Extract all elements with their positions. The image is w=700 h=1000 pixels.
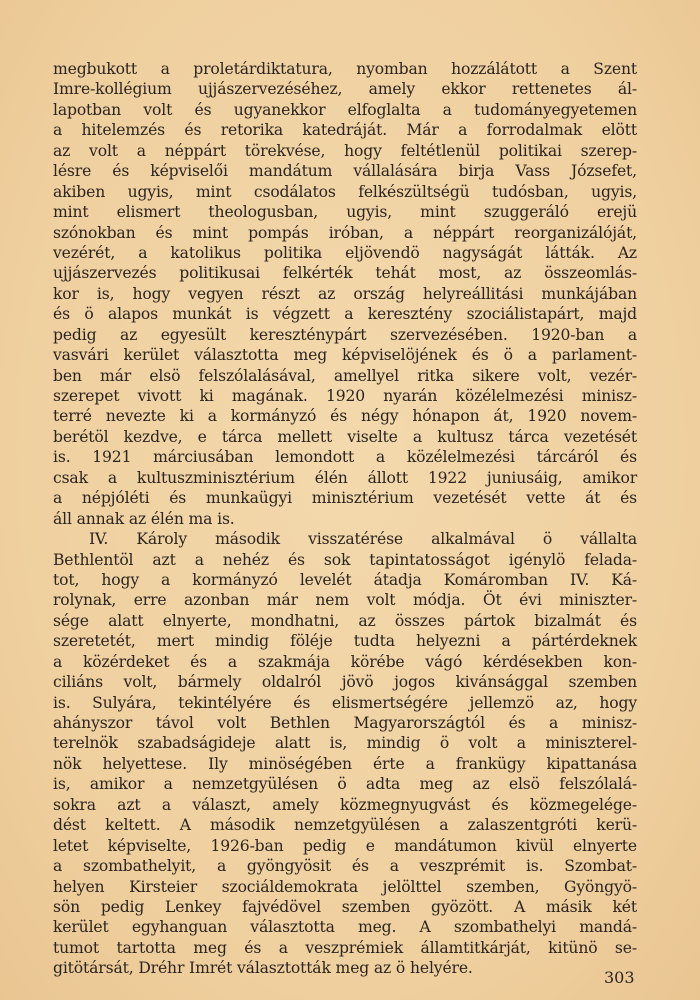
text-line: gitötársát, Dréhr Imrét választották meg… xyxy=(53,958,637,978)
text-line: a népjóléti és munkaügyi minisztérium ve… xyxy=(53,488,637,508)
text-line: is. Sulyára, tekintélyére és elismertség… xyxy=(53,693,637,713)
text-line: ben már elsö felszólalásával, amellyel r… xyxy=(53,366,637,386)
body-text: megbukott a proletárdiktatura, nyomban h… xyxy=(53,59,637,979)
text-line: kerület egyhanguan választotta meg. A sz… xyxy=(53,917,637,937)
text-line: ahányszor távol volt Bethlen Magyarorszá… xyxy=(53,713,637,733)
text-line: szeretetét, mert mindig föléje tudta hel… xyxy=(53,631,637,651)
text-line: áll annak az élén ma is. xyxy=(53,509,637,529)
text-line: szerepet vivott ki magának. 1920 nyarán … xyxy=(53,386,637,406)
text-line: a szombathelyit, a gyöngyösit és a veszp… xyxy=(53,856,637,876)
page-number: 303 xyxy=(604,968,635,987)
text-line: kor is, hogy vegyen részt az ország hely… xyxy=(53,284,637,304)
text-line: tot, hogy a kormányzó levelét átadja Kom… xyxy=(53,570,637,590)
text-line: sokra azt a választ, amely közmegnyugvás… xyxy=(53,795,637,815)
text-line: tumot tartotta meg és a veszprémiek álla… xyxy=(53,938,637,958)
text-line: nök helyettese. Ily minöségében érte a f… xyxy=(53,754,637,774)
text-line: Bethlentöl azt a nehéz és sok tapintatos… xyxy=(53,550,637,570)
text-line: a hitelemzés és retorika katedráját. Már… xyxy=(53,120,637,140)
text-line: sége alatt elnyerte, mondhatni, az össze… xyxy=(53,611,637,631)
text-line: lapotban volt és ugyanekkor elfoglalta a… xyxy=(53,100,637,120)
text-line: akiben ugyis, mint csodálatos felkészült… xyxy=(53,182,637,202)
text-line: is. 1921 márciusában lemondott a közélel… xyxy=(53,447,637,467)
text-line: ciliáns volt, bármely oldalról jövö jogo… xyxy=(53,672,637,692)
text-line: mint elismert theologusban, ugyis, mint … xyxy=(53,202,637,222)
text-line: is, amikor a nemzetgyülésen ö adta meg a… xyxy=(53,774,637,794)
text-line: lésre és képviselői mandátum vállalására… xyxy=(53,161,637,181)
text-line: az volt a néppárt törekvése, hogy feltét… xyxy=(53,141,637,161)
text-line: pedig az egyesült kereszténypárt szervez… xyxy=(53,325,637,345)
text-line: rolynak, erre azonban már nem volt módja… xyxy=(53,590,637,610)
text-line: terré nevezte ki a kormányzó és négy hón… xyxy=(53,406,637,426)
text-line: sön pedig Lenkey fajvédövel szemben gyöz… xyxy=(53,897,637,917)
text-line: Imre-kollégium ujjászervezéséhez, amely … xyxy=(53,79,637,99)
text-line: csak a kultuszminisztérium élén állott 1… xyxy=(53,468,637,488)
paragraph-start-line: IV. Károly második visszatérése alkalmáv… xyxy=(53,529,637,549)
text-line: ujjászervezés politikusai felkérték tehá… xyxy=(53,263,637,283)
text-line: berétöl kezdve, e tárca mellett viselte … xyxy=(53,427,637,447)
text-line: a közérdeket és a szakmája körébe vágó k… xyxy=(53,652,637,672)
text-line: megbukott a proletárdiktatura, nyomban h… xyxy=(53,59,637,79)
text-line: szónokban és mint pompás iróban, a néppá… xyxy=(53,223,637,243)
text-line: és ö alapos munkát is végzett a kereszté… xyxy=(53,304,637,324)
text-line: terelnök szabadságideje alatt is, mindig… xyxy=(53,733,637,753)
text-line: letet képviselte, 1926-ban pedig e mandá… xyxy=(53,836,637,856)
text-line: helyen Kirsteier szociáldemokrata jelölt… xyxy=(53,877,637,897)
text-line: dést keltett. A második nemzetgyülésen a… xyxy=(53,815,637,835)
text-line: vasvári kerület választotta meg képvisel… xyxy=(53,345,637,365)
text-line: vezérét, a katolikus politika eljövendö … xyxy=(53,243,637,263)
book-page: megbukott a proletárdiktatura, nyomban h… xyxy=(0,0,700,1000)
